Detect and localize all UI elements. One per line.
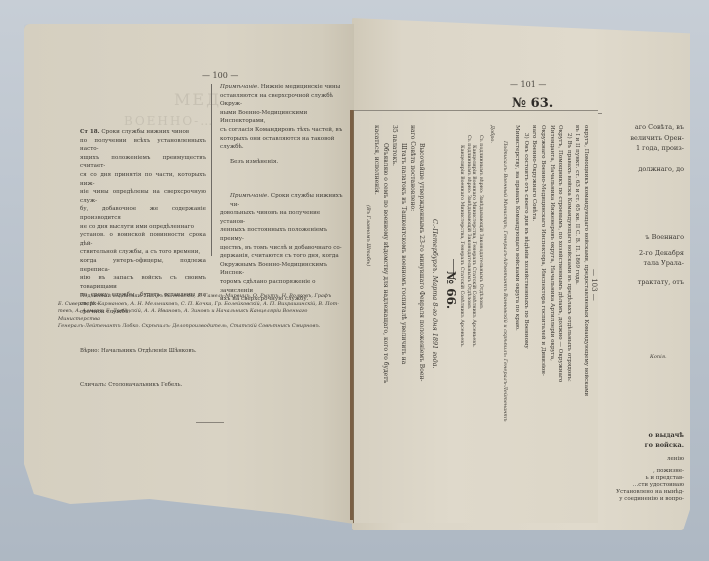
article-18: Ст 18. Сроки службы нижних чинов по полу… <box>80 128 206 317</box>
faded-heading-2: ВОЕННО-… <box>124 114 214 128</box>
insert-line: Округъ, Помощникъ по строевымъ, по хозяй… <box>556 125 565 421</box>
order-body: Высочайше утвержденнымъ 23-го минувшаго … <box>363 125 426 383</box>
note-label: Примѣчанiе. <box>220 84 259 90</box>
margin-line: 2-го Декабря <box>614 248 684 259</box>
verified-line: Вѣрно: Начальникъ Отдѣленiя Шѣнковъ. <box>80 346 197 356</box>
article-line: установ. о воинской повинности срока дѣй… <box>80 231 206 248</box>
article-label: Ст 18. <box>80 129 100 135</box>
insert-certified-top: Съ подлиннымъ вѣрно: Завѣдывающiй Законо… <box>458 125 472 348</box>
article-line: нiе чины опредѣлены на сверхсрочную служ… <box>80 188 206 205</box>
article-line: не со дня выслуги ими опредѣленнаго <box>80 223 206 232</box>
insert-dobro: Добро. <box>487 125 496 421</box>
article-line: по получении всѣхъ установленныхъ насто- <box>80 137 206 154</box>
insert-certified: Съ подлиннымъ вѣрно: Завѣдывающiй Законо… <box>477 125 484 421</box>
short-rule <box>196 422 224 423</box>
note-after: Безъ измѣненiя. <box>220 158 345 167</box>
margin-line: го войска. <box>614 440 684 450</box>
page-number-103: — 103 — <box>590 269 598 301</box>
margin-line: ъ Военнаго <box>614 232 684 243</box>
margin-line: трактату, отъ <box>614 277 684 288</box>
margin-line: о выдачѣ <box>614 430 684 440</box>
note-label: Примѣчанiе. <box>230 193 269 199</box>
insert-line: округъ, Помощникъ командующаго войсками,… <box>581 125 590 421</box>
note-line: службѣ. <box>220 143 345 152</box>
article-line: ся со дня принятiя по части, которыхъ ни… <box>80 171 206 188</box>
note-line: довольныхъ чиновъ на получение установ- <box>220 209 345 226</box>
margin-line: Установлено на нынѣд- <box>614 489 684 496</box>
margin-line: ленiю <box>614 456 684 463</box>
margin-line: тала Урала- <box>614 258 684 269</box>
margin-signoff: Копія. <box>650 353 667 362</box>
order-line: Высочайше утвержденнымъ 23-го минувшаго … <box>417 125 426 383</box>
margin-line: величить Орен- <box>614 133 684 144</box>
right-margin-text-bottom: о выдачѣ го войска. <box>614 430 684 450</box>
signatures-intro: Подлинный подписали: <box>80 293 143 299</box>
signature-line: тевъ, А. Алмаръ, Е. Доманскiй, А. А. Ива… <box>58 308 348 323</box>
insert-line: 3) Онъ состоитъ отъ своего дня въ вѣдѣнi… <box>521 125 530 421</box>
column-divider <box>211 84 212 256</box>
signature-line: Е. Сивергъ, Н. Кармановъ, А. Н. Мельнико… <box>58 301 348 309</box>
article-line: когда унтеръ-офицеры, подлежа переписа- <box>80 257 206 274</box>
dateline: С.-Петербургъ. Марта 8-го дня 1891 года. <box>430 219 440 369</box>
inserted-sheet: — 103 — округъ, Помощникъ командующаго в… <box>354 110 598 523</box>
note-line: Окружнымъ Военно-Медицинскимъ Инспек- <box>220 261 345 278</box>
insert-signed: Подписалъ: Военный Министръ, Генералъ-Ад… <box>500 125 509 421</box>
note-line: держанiя, считаются съ того дня, когда <box>220 252 345 261</box>
book-spine-gutter <box>350 110 353 520</box>
note-1: Примѣчанiе. Нижнiе медицинскiе чины оста… <box>220 83 345 166</box>
signatures: Подлинный подписали: Петръ Ванновскiй, Е… <box>58 293 348 331</box>
note-line: которыхъ они оставляются на таковой <box>220 135 345 144</box>
page-number-101: — 101 — <box>510 80 546 89</box>
page-number-100: — 100 — <box>202 71 238 80</box>
order-line: Объявляю о семъ по военному вѣдомству дл… <box>381 125 390 383</box>
insert-line: 2) Въ правахъ войска Командующаго войска… <box>564 125 573 421</box>
margin-line: должнаго, до <box>614 164 684 175</box>
note-line: оставляются на сверхсрочной службѣ Окруж… <box>220 92 345 109</box>
insert-line: Министерству, на правахъ Командующаго во… <box>513 125 522 421</box>
note-line: ленныхъ постоянныхъ положенiемъ преиму- <box>220 226 345 243</box>
margin-line: …сти удостоиваю <box>614 482 684 489</box>
order-signature: (Въ Главномъ Штабѣ) <box>363 125 372 383</box>
margin-line: , пожизне- <box>614 468 684 475</box>
article-line: Сроки службы нижних чинов <box>101 129 189 135</box>
signature-line: Генералъ-Лейтенантъ Лобко. Скрѣпилъ: Дел… <box>58 323 348 331</box>
note-line: Нижнiе медицинскiе чины <box>261 84 340 90</box>
right-margin-text-bottom-small: ленiю , пожизне- ь и представ- …сти удос… <box>614 456 684 503</box>
note-2: Примѣчанiе. Сроки службы нижнихъ чи- дов… <box>220 192 345 304</box>
insert-certified: Канцелярiи Военнаго Министерства, Генера… <box>458 125 465 348</box>
article-line: нiю въ запасъ войскъ съ своимъ товарищам… <box>80 274 206 291</box>
margin-line: аго Совѣта, въ <box>614 122 684 133</box>
order-line: касаться, исполненiя. <box>372 125 381 383</box>
margin-line: у соединенiю и вопро- <box>614 496 684 503</box>
note-line: ществъ, въ томъ числѣ и добавочнаго со- <box>220 244 345 253</box>
order-line: 35 палатокъ. <box>390 125 399 383</box>
insert-line: наго Военно-Окружнаго Совѣта. <box>530 125 539 421</box>
insert-line: Окружнаго Военно-Медицинскаго Инспектора… <box>538 125 547 421</box>
left-page: — 100 — МЕД… ВОЕННО-… Ст 18. Сроки служб… <box>24 24 354 524</box>
insert-certified: Съ подлиннымъ вѣрно: Завѣдывающiй Законо… <box>465 125 472 348</box>
document-number: № 63. <box>512 96 553 111</box>
insert-column-1: округъ, Помощникъ командующаго войсками,… <box>470 125 590 421</box>
signature-line: Петръ Ванновскiй, Е. Гамель-Мирвицъ, О. … <box>144 293 331 299</box>
margin-line: ь и представ- <box>614 475 684 482</box>
order-number: № 66. <box>444 271 458 309</box>
insert-line: въ I и II пункт. ст. 63 и ст. 65 кн. II … <box>573 125 582 421</box>
collated-line: Сличалъ: Столоначальникъ Гебель. <box>80 380 182 390</box>
margin-line: 1 года, произ- <box>614 143 684 154</box>
right-margin-text-top: аго Совѣта, въ величить Орен- 1 года, пр… <box>614 122 684 287</box>
article-line: ящихъ положенiемъ преимуществъ считает- <box>80 154 206 171</box>
note-line: съ согласiя Командировъ тѣхъ частей, въ <box>220 126 345 135</box>
note-line: ными Военно-Медицинскими Инспекторами, <box>220 109 345 126</box>
order-line: Штатъ палатокъ въ Ташкентскомъ военномъ … <box>399 125 408 383</box>
article-line: ствительной службы, а съ того времени, <box>80 248 206 257</box>
article-line: бу, добавочное же содержанiе производитс… <box>80 205 206 222</box>
order-line: наго Совѣта постановлено: <box>408 125 417 383</box>
insert-line: Интенданта, Начальника Инженеровъ округа… <box>547 125 556 421</box>
